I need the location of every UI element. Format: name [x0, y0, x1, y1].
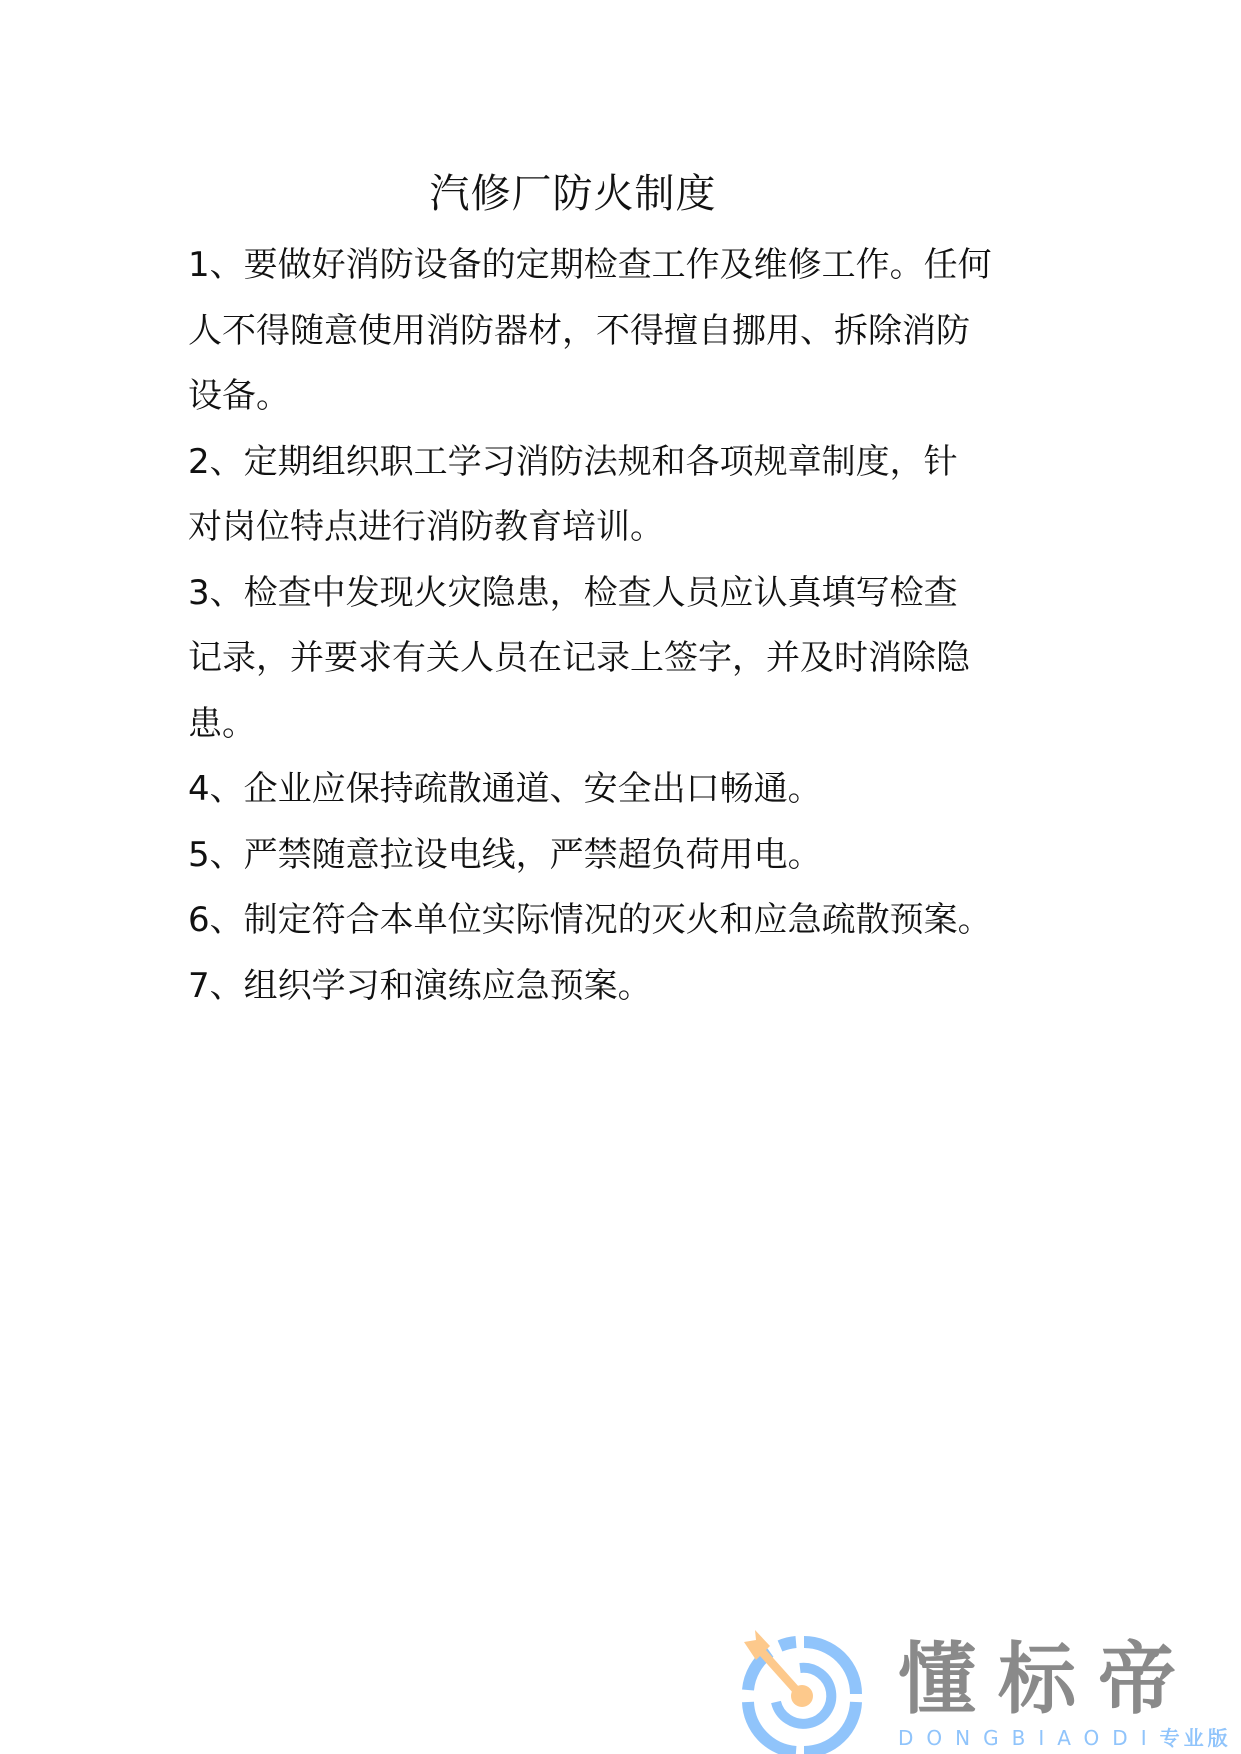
paragraph-line: 设备。 — [188, 364, 1058, 430]
paragraph-line: 5、严禁随意拉设电线，严禁超负荷用电。 — [188, 823, 1058, 889]
paragraph-line: 患。 — [188, 692, 1058, 758]
document-page: 汽修厂防火制度 1、要做好消防设备的定期检查工作及维修工作。任何 人不得随意使用… — [0, 0, 1241, 1754]
watermark-logo: 懂标帝 DONGBIAODI专业版 — [740, 1630, 1240, 1754]
paragraph-line: 人不得随意使用消防器材，不得擅自挪用、拆除消防 — [188, 299, 1058, 365]
paragraph-line: 记录，并要求有关人员在记录上签字，并及时消除隐 — [188, 626, 1058, 692]
paragraph-line: 1、要做好消防设备的定期检查工作及维修工作。任何 — [188, 233, 1058, 299]
paragraph-line: 对岗位特点进行消防教育培训。 — [188, 495, 1058, 561]
paragraph-line: 3、检查中发现火灾隐患，检查人员应认真填写检查 — [188, 561, 1058, 627]
paragraph-line: 6、制定符合本单位实际情况的灭火和应急疏散预案。 — [188, 888, 1058, 954]
watermark-edition: 专业版 — [1160, 1726, 1232, 1750]
document-body: 1、要做好消防设备的定期检查工作及维修工作。任何 人不得随意使用消防器材，不得擅… — [188, 233, 1058, 1019]
paragraph-line: 2、定期组织职工学习消防法规和各项规章制度，针 — [188, 430, 1058, 496]
watermark-subtitle: DONGBIAODI专业版 — [898, 1726, 1232, 1750]
watermark-brand-latin: DONGBIAODI — [898, 1726, 1160, 1750]
target-arrow-icon — [740, 1630, 870, 1754]
document-title: 汽修厂防火制度 — [0, 166, 1241, 222]
paragraph-line: 4、企业应保持疏散通道、安全出口畅通。 — [188, 757, 1058, 823]
paragraph-line: 7、组织学习和演练应急预案。 — [188, 954, 1058, 1020]
watermark-brand-name: 懂标帝 — [898, 1638, 1198, 1722]
